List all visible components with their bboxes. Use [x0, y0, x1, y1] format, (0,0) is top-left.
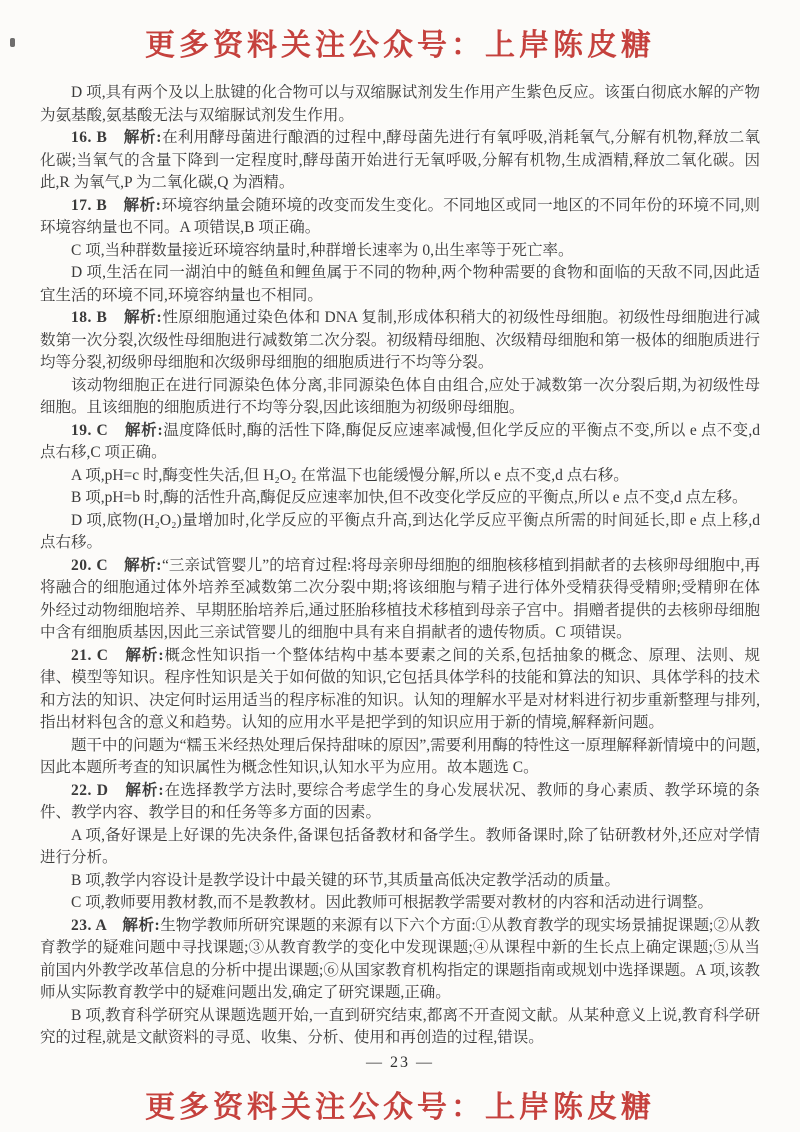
paragraph-text: B 项,pH=b 时,酶的活性升高,酶促反应速率加快,但不改变化学反应的平衡点,…	[71, 489, 748, 506]
solution-paragraph: 18. B 解析:性原细胞通过染色体和 DNA 复制,形成体积稍大的初级性母细胞…	[40, 307, 760, 375]
paragraph-text: A 项,pH=c 时,酶变性失活,但 H₂O₂ 在常温下也能缓慢分解,所以 e …	[71, 467, 629, 484]
paragraph-text: D 项,具有两个及以上肽键的化合物可以与双缩脲试剂发生作用产生紫色反应。该蛋白彻…	[40, 84, 760, 124]
solution-paragraph: 题干中的问题为“糯玉米经热处理后保持甜味的原因”,需要利用酶的特性这一原理解释新…	[40, 735, 760, 780]
solution-paragraph: 该动物细胞正在进行同源染色体分离,非同源染色体自由组合,应处于减数第一次分裂后期…	[40, 375, 760, 420]
paragraph-text: D 项,生活在同一湖泊中的鲢鱼和鲤鱼属于不同的物种,两个物种需要的食物和面临的天…	[40, 264, 760, 304]
solution-paragraph: 23. A 解析:生物学教师所研究课题的来源有以下六个方面:①从教育教学的现实场…	[40, 915, 760, 1005]
solution-paragraph: D 项,底物(H₂O₂)量增加时,化学反应的平衡点升高,到达化学反应平衡点所需的…	[40, 510, 760, 555]
scanned-answer-page: 更多资料关注公众号：上岸陈皮糖 D 项,具有两个及以上肽键的化合物可以与双缩脲试…	[0, 0, 800, 1132]
solution-paragraph: 20. C 解析:“三亲试管婴儿”的培育过程:将母亲卵母细胞的细胞核移植到捐献者…	[40, 555, 760, 645]
solution-paragraph: 21. C 解析:概念性知识指一个整体结构中基本要素之间的关系,包括抽象的概念、…	[40, 645, 760, 735]
solution-paragraph: 22. D 解析:在选择教学方法时,要综合考虑学生的身心发展状况、教师的身心素质…	[40, 780, 760, 825]
answer-lead: 23. A 解析:	[71, 917, 160, 934]
paragraph-text: C 项,当种群数量接近环境容纳量时,种群增长速率为 0,出生率等于死亡率。	[71, 242, 573, 259]
paragraph-text: B 项,教育科学研究从课题选题开始,一直到研究结束,都离不开查阅文献。从某种意义…	[40, 1007, 760, 1047]
solution-paragraph: A 项,pH=c 时,酶变性失活,但 H₂O₂ 在常温下也能缓慢分解,所以 e …	[40, 465, 760, 488]
paragraph-text: B 项,教学内容设计是教学设计中最关键的环节,其质量高低决定教学活动的质量。	[71, 872, 620, 889]
solution-paragraph: D 项,具有两个及以上肽键的化合物可以与双缩脲试剂发生作用产生紫色反应。该蛋白彻…	[40, 82, 760, 127]
answer-lead: 17. B 解析:	[71, 197, 161, 214]
answer-lead: 19. C 解析:	[71, 422, 163, 439]
answer-lead: 16. B 解析:	[71, 129, 162, 146]
answer-lead: 20. C 解析:	[71, 557, 162, 574]
answer-explanations: D 项,具有两个及以上肽键的化合物可以与双缩脲试剂发生作用产生紫色反应。该蛋白彻…	[40, 82, 760, 1050]
solution-paragraph: C 项,当种群数量接近环境容纳量时,种群增长速率为 0,出生率等于死亡率。	[40, 240, 760, 263]
paragraph-text: A 项,备好课是上好课的先决条件,备课包括备教材和备学生。教师备课时,除了钻研教…	[40, 827, 760, 867]
solution-paragraph: B 项,教育科学研究从课题选题开始,一直到研究结束,都离不开查阅文献。从某种意义…	[40, 1005, 760, 1050]
page-number: — 23 —	[0, 1054, 800, 1072]
solution-paragraph: D 项,生活在同一湖泊中的鲢鱼和鲤鱼属于不同的物种,两个物种需要的食物和面临的天…	[40, 262, 760, 307]
footer-promo-text: 更多资料关注公众号：上岸陈皮糖	[0, 1082, 800, 1126]
solution-paragraph: A 项,备好课是上好课的先决条件,备课包括备教材和备学生。教师备课时,除了钻研教…	[40, 825, 760, 870]
answer-lead: 21. C 解析:	[71, 647, 164, 664]
header-promo-text: 更多资料关注公众号：上岸陈皮糖	[0, 20, 800, 64]
paragraph-text: C 项,教师要用教材教,而不是教教材。因此教师可根据教学需要对教材的内容和活动进…	[71, 894, 713, 911]
answer-lead: 18. B 解析:	[71, 309, 162, 326]
solution-paragraph: B 项,教学内容设计是教学设计中最关键的环节,其质量高低决定教学活动的质量。	[40, 870, 760, 893]
solution-paragraph: 19. C 解析:温度降低时,酶的活性下降,酶促反应速率减慢,但化学反应的平衡点…	[40, 420, 760, 465]
paragraph-text: 该动物细胞正在进行同源染色体分离,非同源染色体自由组合,应处于减数第一次分裂后期…	[40, 377, 760, 417]
paragraph-text: D 项,底物(H₂O₂)量增加时,化学反应的平衡点升高,到达化学反应平衡点所需的…	[40, 512, 760, 552]
answer-lead: 22. D 解析:	[71, 782, 164, 799]
solution-paragraph: B 项,pH=b 时,酶的活性升高,酶促反应速率加快,但不改变化学反应的平衡点,…	[40, 487, 760, 510]
solution-paragraph: 16. B 解析:在利用酵母菌进行酿酒的过程中,酵母菌先进行有氧呼吸,消耗氧气,…	[40, 127, 760, 195]
solution-paragraph: C 项,教师要用教材教,而不是教教材。因此教师可根据教学需要对教材的内容和活动进…	[40, 892, 760, 915]
paragraph-text: 题干中的问题为“糯玉米经热处理后保持甜味的原因”,需要利用酶的特性这一原理解释新…	[40, 737, 760, 777]
solution-paragraph: 17. B 解析:环境容纳量会随环境的改变而发生变化。不同地区或同一地区的不同年…	[40, 195, 760, 240]
